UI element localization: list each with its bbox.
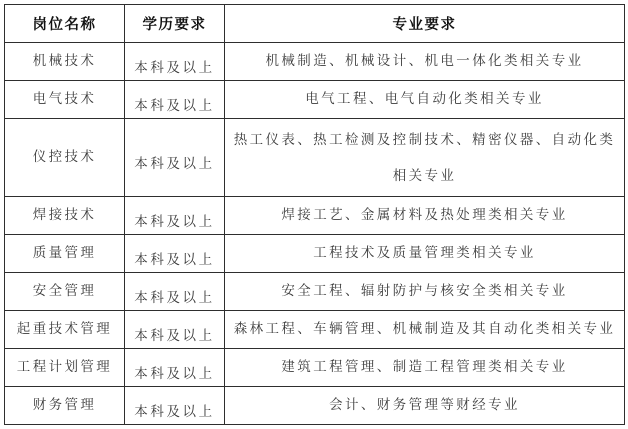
education-cell: 本科及以上 (125, 43, 225, 81)
education-cell: 本科及以上 (125, 349, 225, 387)
education-cell: 本科及以上 (125, 387, 225, 425)
major-cell: 热工仪表、热工检测及控制技术、精密仪器、自动化类相关专业 (225, 119, 625, 197)
position-cell: 电气技术 (5, 81, 125, 119)
table-row: 工程计划管理 本科及以上 建筑工程管理、制造工程管理类相关专业 (5, 349, 625, 387)
education-cell: 本科及以上 (125, 81, 225, 119)
table-row: 质量管理 本科及以上 工程技术及质量管理类相关专业 (5, 235, 625, 273)
major-cell: 森林工程、车辆管理、机械制造及其自动化类相关专业 (225, 311, 625, 349)
position-cell: 焊接技术 (5, 197, 125, 235)
header-education: 学历要求 (125, 5, 225, 43)
position-cell: 财务管理 (5, 387, 125, 425)
table-row: 电气技术 本科及以上 电气工程、电气自动化类相关专业 (5, 81, 625, 119)
requirements-table: 岗位名称 学历要求 专业要求 机械技术 本科及以上 机械制造、机械设计、机电一体… (4, 4, 625, 425)
major-cell: 焊接工艺、金属材料及热处理类相关专业 (225, 197, 625, 235)
table-row: 焊接技术 本科及以上 焊接工艺、金属材料及热处理类相关专业 (5, 197, 625, 235)
education-cell: 本科及以上 (125, 273, 225, 311)
major-cell: 安全工程、辐射防护与核安全类相关专业 (225, 273, 625, 311)
major-cell: 工程技术及质量管理类相关专业 (225, 235, 625, 273)
education-cell: 本科及以上 (125, 235, 225, 273)
header-major: 专业要求 (225, 5, 625, 43)
position-cell: 工程计划管理 (5, 349, 125, 387)
table-header-row: 岗位名称 学历要求 专业要求 (5, 5, 625, 43)
position-cell: 安全管理 (5, 273, 125, 311)
education-cell: 本科及以上 (125, 197, 225, 235)
major-cell: 建筑工程管理、制造工程管理类相关专业 (225, 349, 625, 387)
position-cell: 仪控技术 (5, 119, 125, 197)
table-row: 安全管理 本科及以上 安全工程、辐射防护与核安全类相关专业 (5, 273, 625, 311)
major-cell: 会计、财务管理等财经专业 (225, 387, 625, 425)
table-row: 机械技术 本科及以上 机械制造、机械设计、机电一体化类相关专业 (5, 43, 625, 81)
position-cell: 机械技术 (5, 43, 125, 81)
header-position: 岗位名称 (5, 5, 125, 43)
position-cell: 质量管理 (5, 235, 125, 273)
table-row: 财务管理 本科及以上 会计、财务管理等财经专业 (5, 387, 625, 425)
table-row: 起重技术管理 本科及以上 森林工程、车辆管理、机械制造及其自动化类相关专业 (5, 311, 625, 349)
table-row: 仪控技术 本科及以上 热工仪表、热工检测及控制技术、精密仪器、自动化类相关专业 (5, 119, 625, 197)
education-cell: 本科及以上 (125, 311, 225, 349)
education-cell: 本科及以上 (125, 119, 225, 197)
position-cell: 起重技术管理 (5, 311, 125, 349)
major-cell: 机械制造、机械设计、机电一体化类相关专业 (225, 43, 625, 81)
major-cell: 电气工程、电气自动化类相关专业 (225, 81, 625, 119)
